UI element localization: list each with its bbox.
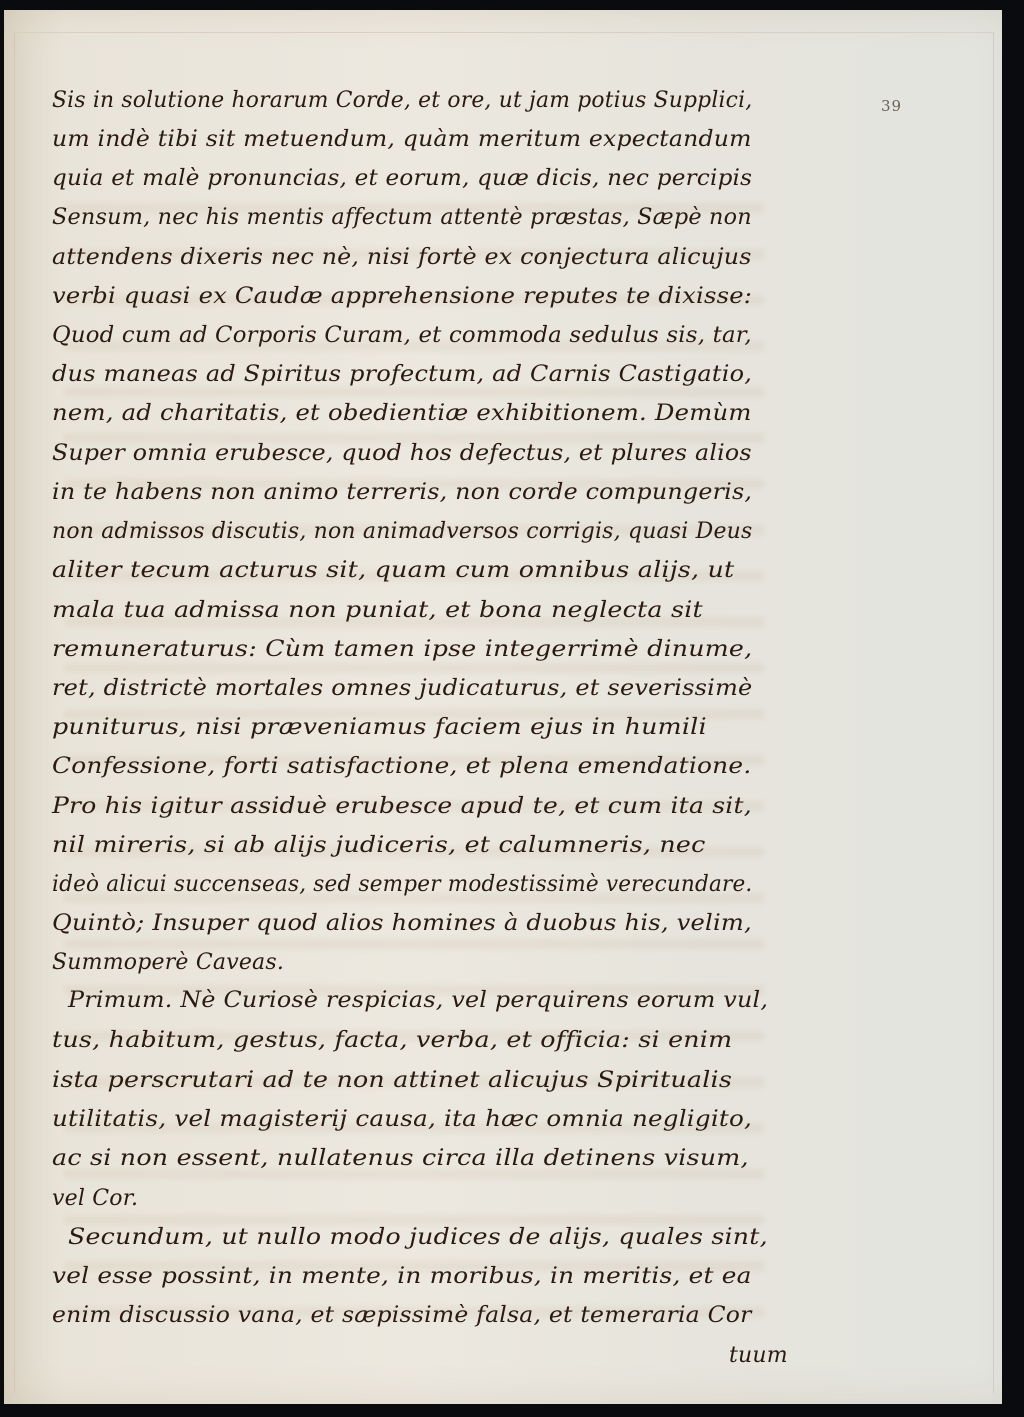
text-line: ideò alicui succenseas, sed semper modes…	[52, 872, 752, 897]
text-line: nem, ad charitatis, et obedientiæ exhibi…	[52, 401, 752, 426]
text-line: attendens dixeris nec nè, nisi fortè ex …	[52, 245, 752, 270]
text-line: um indè tibi sit metuendum, quàm meritum…	[52, 127, 752, 152]
text-line: Primum. Nè Curiosè respicias, vel perqui…	[68, 988, 768, 1013]
text-line: tus, habitum, gestus, facta, verba, et o…	[52, 1028, 732, 1053]
text-line: verbi quasi ex Caudæ apprehensione reput…	[52, 284, 752, 309]
text-line: Sis in solutione horarum Corde, et ore, …	[52, 88, 752, 113]
page-shadow-edge	[1002, 10, 1016, 1404]
text-line: non admissos discutis, non animadversos …	[52, 519, 752, 544]
text-line: Super omnia erubesce, quod hos defectus,…	[52, 441, 752, 466]
text-line: Confessione, forti satisfactione, et ple…	[52, 754, 751, 779]
text-line: enim discussio vana, et sæpissimè falsa,…	[52, 1303, 752, 1328]
text-line: aliter tecum acturus sit, quam cum omnib…	[52, 558, 734, 583]
text-line: dus maneas ad Spiritus profectum, ad Car…	[52, 362, 752, 387]
text-line: ista perscrutari ad te non attinet alicu…	[52, 1068, 732, 1093]
text-line: Pro his igitur assiduè erubesce apud te,…	[52, 794, 752, 819]
text-line: puniturus, nisi præveniamus faciem ejus …	[52, 715, 707, 740]
text-line: Quintò; Insuper quod alios homines à duo…	[52, 911, 752, 936]
folio-number: 39	[881, 97, 902, 115]
text-line: utilitatis, vel magisterij causa, ita hæ…	[52, 1107, 752, 1132]
text-line: Quod cum ad Corporis Curam, et commoda s…	[52, 323, 752, 348]
text-line: Summoperè Caveas.	[52, 950, 284, 975]
text-line: ret, districtè mortales omnes judicaturu…	[52, 676, 752, 701]
text-line: mala tua admissa non puniat, et bona neg…	[52, 598, 703, 623]
text-line: Secundum, ut nullo modo judices de alijs…	[68, 1225, 768, 1250]
text-line: quia et malè pronuncias, et eorum, quæ d…	[52, 166, 752, 191]
text-line: vel esse possint, in mente, in moribus, …	[52, 1264, 752, 1289]
text-line: in te habens non animo terreris, non cor…	[52, 480, 752, 505]
catchword: tuum	[729, 1343, 788, 1368]
text-line: vel Cor.	[52, 1186, 138, 1211]
text-line: remuneraturus: Cùm tamen ipse integerrim…	[52, 637, 752, 662]
text-line: Sensum, nec his mentis affectum attentè …	[52, 205, 752, 230]
text-line: ac si non essent, nullatenus circa illa …	[52, 1146, 749, 1171]
text-line: nil mireris, si ab alijs judiceris, et c…	[52, 833, 706, 858]
